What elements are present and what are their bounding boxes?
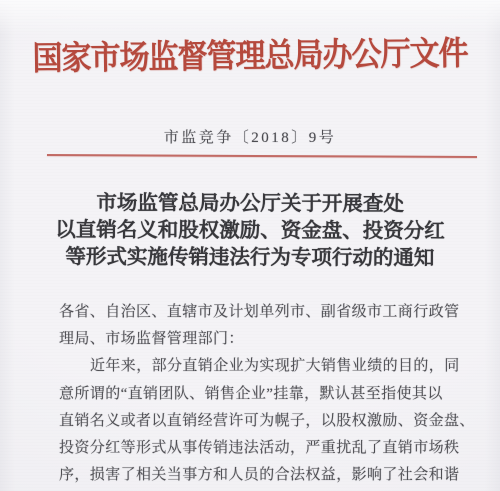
paragraph-line: 近年来，部分直销企业为实现扩大销售业绩的目的，同 [59, 353, 467, 380]
letterhead-title: 国家市场监督管理总局办公厅文件 [0, 30, 500, 85]
notice-title-line: 以直销名义和股权激励、资金盘、投资分红 [0, 217, 500, 246]
red-divider-rule [47, 154, 477, 158]
notice-title-line: 市场监管总局办公厅关于开展查处 [0, 190, 500, 219]
document-body: 各省、自治区、直辖市及计划单列市、副省级市工商行政管 理局、市场监督管理部门： … [59, 299, 467, 489]
document-reference-number: 市监竞争〔2018〕9号 [0, 126, 500, 147]
scanned-official-document-page: 国家市场监督管理总局办公厅文件 市监竞争〔2018〕9号 市场监管总局办公厅关于… [0, 0, 500, 491]
paragraph-line: 投资分红等形式从事传销违法活动，严重扰乱了直销市场秩 [59, 435, 467, 462]
paragraph-line: 意所谓的“直销团队、销售企业”挂靠，默认甚至指使其以 [59, 381, 467, 408]
salutation-line: 各省、自治区、直辖市及计划单列市、副省级市工商行政管 [59, 299, 467, 326]
salutation-line: 理局、市场监督管理部门： [59, 326, 467, 353]
paragraph-line: 直销名义或者以直销经营许可为幌子，以股权激励、资金盘、 [59, 408, 467, 435]
paragraph-line: 序，损害了相关当事方和人员的合法权益，影响了社会和谐 [59, 462, 467, 489]
notice-title: 市场监管总局办公厅关于开展查处 以直销名义和股权激励、资金盘、投资分红 等形式实… [0, 190, 500, 273]
notice-title-line: 等形式实施传销违法行为专项行动的通知 [0, 244, 500, 273]
